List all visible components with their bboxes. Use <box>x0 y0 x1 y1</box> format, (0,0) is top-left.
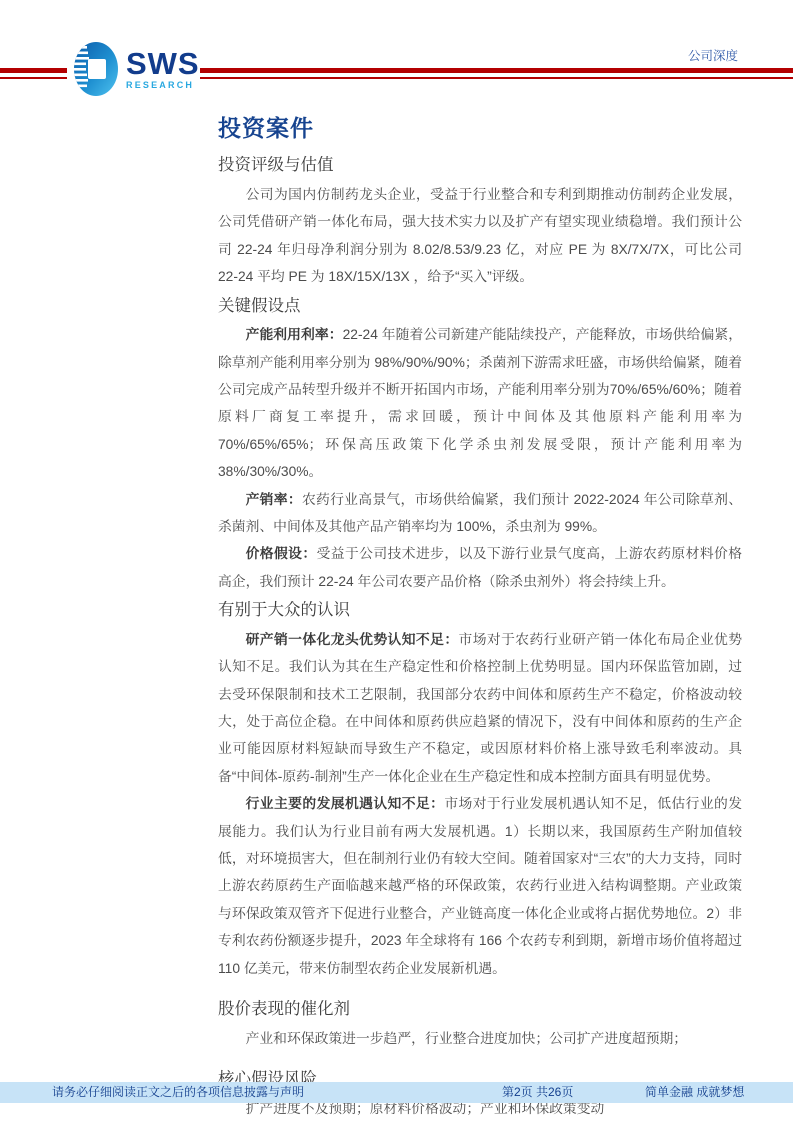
paragraph-rating: 公司为国内仿制药龙头企业，受益于行业整合和专利到期推动仿制药企业发展，公司凭借研… <box>218 181 742 291</box>
paragraph-sales-ratio: 产销率：农药行业高景气，市场供给偏紧，我们预计 2022-2024 年公司除草剂… <box>218 486 742 541</box>
paragraph-lead: 产销率： <box>246 492 302 507</box>
paragraph-text: 公司为国内仿制药龙头企业，受益于行业整合和专利到期推动仿制药企业发展，公司凭借研… <box>218 187 742 284</box>
paragraph-lead: 研产销一体化龙头优势认知不足： <box>246 632 459 647</box>
section-key-assumptions: 关键假设点 产能利用利率：22-24 年随着公司新建产能陆续投产，产能释放，市场… <box>218 294 742 596</box>
header-rule-thin-left <box>0 77 67 79</box>
section-heading-rating: 投资评级与估值 <box>218 153 742 179</box>
report-body: 投资案件 投资评级与估值 公司为国内仿制药龙头企业，受益于行业整合和专利到期推动… <box>218 112 742 1122</box>
footer-disclaimer: 请务必仔细阅读正文之后的各项信息披露与声明 <box>52 1082 304 1103</box>
paragraph-lead: 行业主要的发展机遇认知不足： <box>246 796 445 811</box>
logo-wordmark: SWS RESEARCH <box>126 48 200 90</box>
sws-globe-icon <box>72 40 120 98</box>
section-catalyst: 股价表现的催化剂 产业和环保政策进一步趋严，行业整合进度加快；公司扩产进度超预期… <box>218 997 742 1052</box>
header-rule-thin-main <box>200 77 793 79</box>
footer-slogan: 简单金融 成就梦想 <box>645 1082 744 1103</box>
page-footer: 请务必仔细阅读正文之后的各项信息披露与声明 第2页 共26页 简单金融 成就梦想 <box>0 1082 793 1103</box>
section-heading-catalyst: 股价表现的催化剂 <box>218 997 742 1023</box>
paragraph-price-assumption: 价格假设：受益于公司技术进步，以及下游行业景气度高，上游农药原材料价格高企，我们… <box>218 540 742 595</box>
sws-logo: SWS RESEARCH <box>72 40 200 98</box>
section-heading-assumptions: 关键假设点 <box>218 294 742 320</box>
report-page: SWS RESEARCH 公司深度 投资案件 投资评级与估值 公司为国内仿制药龙… <box>0 0 793 1122</box>
section-different-view: 有别于大众的认识 研产销一体化龙头优势认知不足：市场对于农药行业研产销一体化布局… <box>218 598 742 982</box>
page-title: 投资案件 <box>218 112 742 145</box>
paragraph-text: 市场对于农药行业研产销一体化布局企业优势认知不足。我们认为其在生产稳定性和价格控… <box>218 632 742 784</box>
paragraph-lead: 产能利用利率： <box>246 327 343 342</box>
paragraph-text: 产业和环保政策进一步趋严，行业整合进度加快；公司扩产进度超预期； <box>246 1031 688 1046</box>
section-heading-different-view: 有别于大众的认识 <box>218 598 742 624</box>
paragraph-lead: 价格假设： <box>246 546 317 561</box>
footer-page-number: 第2页 共26页 <box>502 1082 573 1103</box>
logo-brand-text: SWS <box>126 48 200 79</box>
paragraph-integration-advantage: 研产销一体化龙头优势认知不足：市场对于农药行业研产销一体化布局企业优势认知不足。… <box>218 626 742 790</box>
paragraph-text: 市场对于行业发展机遇认知不足，低估行业的发展能力。我们认为行业目前有两大发展机遇… <box>218 796 742 975</box>
paragraph-text: 22-24 年随着公司新建产能陆续投产，产能释放，市场供给偏紧，除草剂产能利用率… <box>218 327 742 479</box>
report-type-label: 公司深度 <box>688 46 738 64</box>
header-rule-thick-left <box>0 68 67 73</box>
section-rating-valuation: 投资评级与估值 公司为国内仿制药龙头企业，受益于行业整合和专利到期推动仿制药企业… <box>218 153 742 290</box>
paragraph-capacity-utilization: 产能利用利率：22-24 年随着公司新建产能陆续投产，产能释放，市场供给偏紧，除… <box>218 321 742 485</box>
header-rule-thick-main <box>200 68 793 73</box>
paragraph-catalyst: 产业和环保政策进一步趋严，行业整合进度加快；公司扩产进度超预期； <box>218 1025 742 1052</box>
paragraph-industry-opportunity: 行业主要的发展机遇认知不足：市场对于行业发展机遇认知不足，低估行业的发展能力。我… <box>218 790 742 982</box>
logo-sub-text: RESEARCH <box>126 81 200 90</box>
